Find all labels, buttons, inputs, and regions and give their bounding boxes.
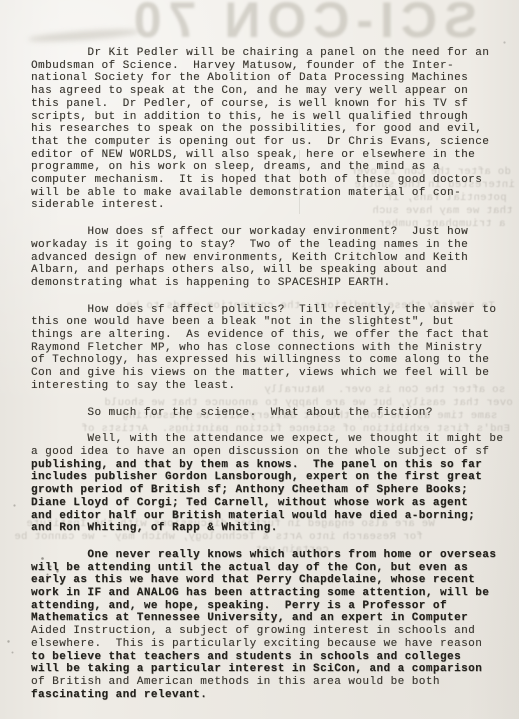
text-line: that the computer is opening out for us.…	[31, 136, 503, 149]
text-line: early as this we have word that Perry Ch…	[31, 574, 503, 587]
text-line: elsewhere. This is particularly exciting…	[31, 638, 503, 651]
paragraph: Well, with the attendance we expect, we …	[31, 433, 503, 535]
text-line: includes publisher Gordon Lansborough, e…	[31, 471, 503, 484]
text-line: attending, and, we hope, speaking. Perry…	[31, 600, 503, 613]
bleedthrough-title: SCI-CON 70	[126, 0, 478, 47]
text-line: will be able to make available demonstra…	[31, 187, 503, 200]
text-line: fascinating and relevant.	[31, 689, 503, 702]
text-line: workaday is it going to stay? Two of the…	[31, 239, 503, 252]
text-line: Diane Lloyd of Corgi; Ted Carnell, witho…	[31, 497, 503, 510]
text-line: scripts, but in addition to this, he is …	[31, 111, 503, 124]
text-line: Aided Instruction, a subject of growing …	[31, 625, 503, 638]
text-line: programme, on his work on sleep, dreams,…	[31, 161, 503, 174]
text-line: has agreed to speak at the Con, and he m…	[31, 85, 503, 98]
paragraph: Dr Kit Pedler will be chairing a panel o…	[31, 47, 503, 212]
document-page: SCI-CON 70 do after the Con is overinter…	[0, 0, 519, 719]
text-line: publishing, and that by them as knows. T…	[31, 459, 503, 472]
text-line: advanced design of new environments, Kei…	[31, 252, 503, 265]
text-line: of British and American methods in this …	[31, 676, 503, 689]
bleedthrough-underline	[28, 27, 140, 44]
text-line: a good idea to have an open discussion o…	[31, 446, 503, 459]
paragraph: One never really knows which authors fro…	[31, 549, 503, 701]
text-line: work in IF and ANALOG has been attractin…	[31, 587, 503, 600]
text-line: Albarn, and perhaps others also, will be…	[31, 264, 503, 277]
text-line: Well, with the attendance we expect, we …	[31, 433, 503, 446]
text-line: his researches to speak on the possibili…	[31, 123, 503, 136]
text-line: will be taking a particular interest in …	[31, 663, 503, 676]
paragraph: So much for the science. What about the …	[31, 407, 503, 420]
text-line: So much for the science. What about the …	[31, 407, 503, 420]
text-line: One never really knows which authors fro…	[31, 549, 503, 562]
text-line: Raymond Fletcher MP, who has close conne…	[31, 342, 503, 355]
text-line: and editor half our British material wou…	[31, 510, 503, 523]
typewritten-text: Dr Kit Pedler will be chairing a panel o…	[31, 47, 503, 701]
text-line: will be attending until the actual day o…	[31, 562, 503, 575]
text-line: and Ron Whiting, of Rapp & Whiting.	[31, 522, 503, 535]
text-line: things are altering. As evidence of this…	[31, 329, 503, 342]
text-line: editor of NEW WORLDS, will also speak, h…	[31, 149, 503, 162]
text-line: Mathematics at Tennessee University, and…	[31, 612, 503, 625]
paragraph: How does sf affect politics? Till recent…	[31, 304, 503, 393]
text-line: of Technology, has expressed his willing…	[31, 354, 503, 367]
paragraph: How does sf affect our workaday environm…	[31, 226, 503, 290]
text-line: national Society for the Abolition of Da…	[31, 72, 503, 85]
text-line: to believe that teachers and students in…	[31, 651, 503, 664]
text-line: growth period of British sf; Anthony Che…	[31, 484, 503, 497]
text-line: interesting to say the least.	[31, 380, 503, 393]
text-line: this one would have been a bleak "not in…	[31, 316, 503, 329]
text-line: How does sf affect our workaday environm…	[31, 226, 503, 239]
text-line: Dr Kit Pedler will be chairing a panel o…	[31, 47, 503, 60]
text-line: siderable interest.	[31, 199, 503, 212]
text-line: this panel. Dr Pedler, of course, is wel…	[31, 98, 503, 111]
text-line: computer mechanism. It is hoped that bot…	[31, 174, 503, 187]
ink-speckles	[0, 0, 1, 1]
text-line: Ombudsman of Science. Harvey Matusow, fo…	[31, 60, 503, 73]
text-line: How does sf affect politics? Till recent…	[31, 304, 503, 317]
text-line: demonstrating what is happening to SPACE…	[31, 277, 503, 290]
text-line: Con and give his views on the matter, vi…	[31, 367, 503, 380]
